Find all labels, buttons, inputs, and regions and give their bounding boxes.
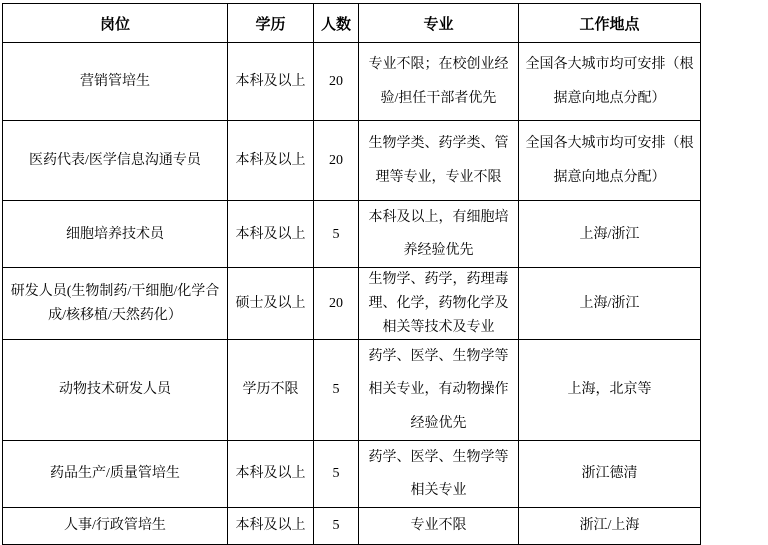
cell-location: 上海/浙江 <box>519 201 701 268</box>
table-row: 研发人员(生物制药/干细胞/化学合 成/核移植/天然药化） 硕士及以上 20 生… <box>3 268 701 340</box>
cell-position: 细胞培养技术员 <box>3 201 228 268</box>
cell-major: 药学、医学、生物学等 相关专业 <box>359 440 519 507</box>
cell-education: 本科及以上 <box>228 121 314 201</box>
cell-major: 药学、医学、生物学等 相关专业，有动物操作 经验优先 <box>359 340 519 440</box>
cell-count: 5 <box>314 201 359 268</box>
table-row: 动物技术研发人员 学历不限 5 药学、医学、生物学等 相关专业，有动物操作 经验… <box>3 340 701 440</box>
cell-major: 专业不限 <box>359 507 519 544</box>
cell-education: 硕士及以上 <box>228 268 314 340</box>
table-header: 岗位 学历 人数 专业 工作地点 <box>3 4 701 43</box>
cell-count: 20 <box>314 268 359 340</box>
column-header-location: 工作地点 <box>519 4 701 43</box>
cell-position: 研发人员(生物制药/干细胞/化学合 成/核移植/天然药化） <box>3 268 228 340</box>
table-row: 医药代表/医学信息沟通专员 本科及以上 20 生物学类、药学类、管 理等专业，专… <box>3 121 701 201</box>
cell-count: 20 <box>314 43 359 121</box>
cell-major: 生物学类、药学类、管 理等专业，专业不限 <box>359 121 519 201</box>
cell-major: 生物学、药学，药理毒 理、化学，药物化学及 相关等技术及专业 <box>359 268 519 340</box>
table-row: 人事/行政管培生 本科及以上 5 专业不限 浙江/上海 <box>3 507 701 544</box>
cell-education: 本科及以上 <box>228 43 314 121</box>
cell-education: 学历不限 <box>228 340 314 440</box>
column-header-education: 学历 <box>228 4 314 43</box>
cell-location: 全国各大城市均可安排（根 据意向地点分配） <box>519 43 701 121</box>
cell-location: 浙江德清 <box>519 440 701 507</box>
column-header-position: 岗位 <box>3 4 228 43</box>
cell-position: 人事/行政管培生 <box>3 507 228 544</box>
header-row: 岗位 学历 人数 专业 工作地点 <box>3 4 701 43</box>
cell-count: 5 <box>314 440 359 507</box>
cell-count: 5 <box>314 507 359 544</box>
cell-location: 全国各大城市均可安排（根 据意向地点分配） <box>519 121 701 201</box>
cell-location: 浙江/上海 <box>519 507 701 544</box>
column-header-major: 专业 <box>359 4 519 43</box>
cell-position: 医药代表/医学信息沟通专员 <box>3 121 228 201</box>
cell-location: 上海/浙江 <box>519 268 701 340</box>
cell-major: 本科及以上，有细胞培 养经验优先 <box>359 201 519 268</box>
cell-location: 上海，北京等 <box>519 340 701 440</box>
table-row: 药品生产/质量管培生 本科及以上 5 药学、医学、生物学等 相关专业 浙江德清 <box>3 440 701 507</box>
cell-position: 动物技术研发人员 <box>3 340 228 440</box>
job-table-container: 岗位 学历 人数 专业 工作地点 营销管培生 本科及以上 20 专业不限；在校创… <box>2 3 701 545</box>
cell-position: 营销管培生 <box>3 43 228 121</box>
table-row: 营销管培生 本科及以上 20 专业不限；在校创业经 验/担任干部者优先 全国各大… <box>3 43 701 121</box>
table-body: 营销管培生 本科及以上 20 专业不限；在校创业经 验/担任干部者优先 全国各大… <box>3 43 701 545</box>
job-table: 岗位 学历 人数 专业 工作地点 营销管培生 本科及以上 20 专业不限；在校创… <box>2 3 701 545</box>
cell-major: 专业不限；在校创业经 验/担任干部者优先 <box>359 43 519 121</box>
cell-education: 本科及以上 <box>228 201 314 268</box>
cell-position: 药品生产/质量管培生 <box>3 440 228 507</box>
cell-count: 20 <box>314 121 359 201</box>
table-row: 细胞培养技术员 本科及以上 5 本科及以上，有细胞培 养经验优先 上海/浙江 <box>3 201 701 268</box>
cell-count: 5 <box>314 340 359 440</box>
cell-education: 本科及以上 <box>228 440 314 507</box>
cell-education: 本科及以上 <box>228 507 314 544</box>
column-header-count: 人数 <box>314 4 359 43</box>
